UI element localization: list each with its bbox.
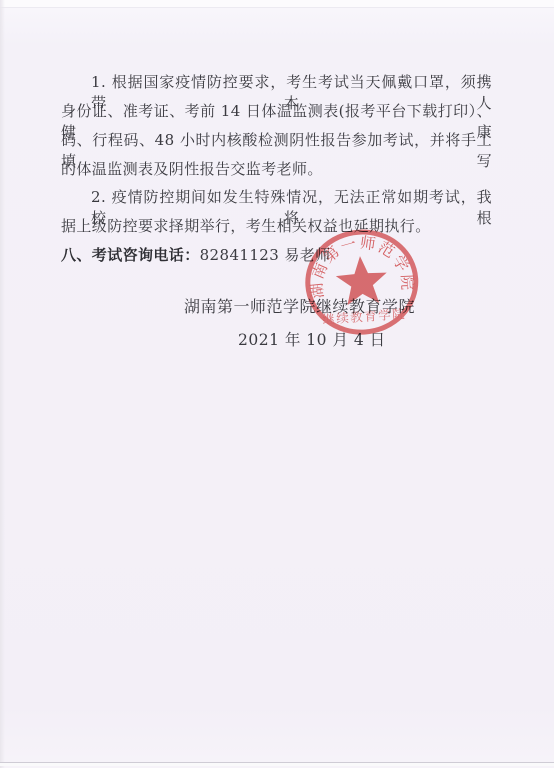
- scan-edge-left: [0, 0, 5, 768]
- scan-edge-top: [0, 0, 554, 8]
- scan-edge-bottom: [0, 762, 554, 766]
- body-line: 据上级防控要求择期举行，考生相关权益也延期执行。: [61, 216, 492, 237]
- seal-star-icon: [335, 254, 389, 305]
- contact-label: 八、考试咨询电话：: [61, 246, 200, 264]
- official-seal: 湖南第一师范学院 继续教育学院: [293, 220, 433, 351]
- body-line: 的体温监测表及阴性报告交监考老师。: [61, 159, 492, 180]
- scanned-document-page: 1. 根据国家疫情防控要求，考生考试当天佩戴口罩，须携带本人 身份证、准考证、考…: [0, 0, 554, 768]
